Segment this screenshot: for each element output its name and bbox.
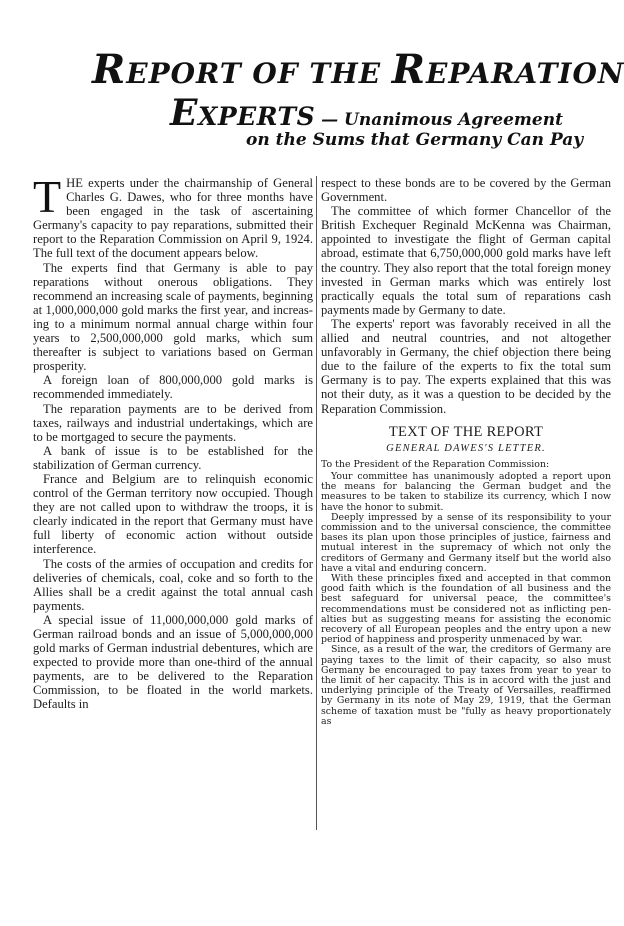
paragraph: France and Belgium are to relinquish eco… <box>33 472 313 557</box>
section-subheading: GENERAL DAWES'S LETTER. <box>321 442 611 456</box>
paragraph: The costs of the armies of occupation an… <box>33 557 313 613</box>
paragraph-text: HE experts under the chairmanship of Gen… <box>33 176 313 260</box>
letter-paragraph: With these principles fixed and accepted… <box>321 574 611 645</box>
column-divider <box>316 176 317 830</box>
letter-paragraph: Deeply impressed by a sense of its respo… <box>321 513 611 574</box>
drop-cap: T <box>33 178 61 216</box>
title-text-1: EPORT OF THE <box>126 57 392 90</box>
paragraph: The experts' report was favorably re­cei… <box>321 317 611 416</box>
paragraph: A bank of issue is to be established for… <box>33 444 313 472</box>
paragraph-intro: THE experts under the chairmanship of Ge… <box>33 176 313 261</box>
title-text-2: EPARATION <box>426 57 624 90</box>
title-experts-word: XPERTS <box>198 102 315 131</box>
column-right: respect to these bonds are to be covered… <box>321 176 611 727</box>
title-initial-r2: R <box>392 46 426 93</box>
letter-salutation: To the President of the Reparation Commi… <box>321 460 611 470</box>
paragraph: A foreign loan of 800,000,000 gold marks… <box>33 373 313 401</box>
title-line-1: REPORT OF THE REPARATION <box>92 46 562 93</box>
title-experts: EXPERTS <box>170 102 315 131</box>
paragraph: respect to these bonds are to be covered… <box>321 176 611 204</box>
paragraph: A special issue of 11,000,000,000 gold m… <box>33 613 313 712</box>
dawes-letter: To the President of the Reparation Commi… <box>321 460 611 727</box>
title-initial-r1: R <box>92 46 126 93</box>
title-subtitle-1: — Unanimous Agreement <box>315 110 563 130</box>
paragraph: The committee of which former Chan­cello… <box>321 204 611 317</box>
title-subtitle-2: on the Sums that Germany Can Pay <box>246 130 586 150</box>
title-initial-e: E <box>170 92 198 134</box>
letter-paragraph: Since, as a result of the war, the credi… <box>321 645 611 727</box>
column-left: THE experts under the chairmanship of Ge… <box>33 176 313 712</box>
article-title: REPORT OF THE REPARATION EXPERTS — Unani… <box>0 0 624 170</box>
letter-paragraph: Your committee has unanimously adopted a… <box>321 472 611 513</box>
paragraph: The experts find that Germany is able to… <box>33 261 313 374</box>
title-line-2: EXPERTS — Unanimous Agreement <box>170 92 570 134</box>
paragraph: The reparation payments are to be derive… <box>33 402 313 444</box>
section-heading: TEXT OF THE REPORT <box>321 425 611 439</box>
